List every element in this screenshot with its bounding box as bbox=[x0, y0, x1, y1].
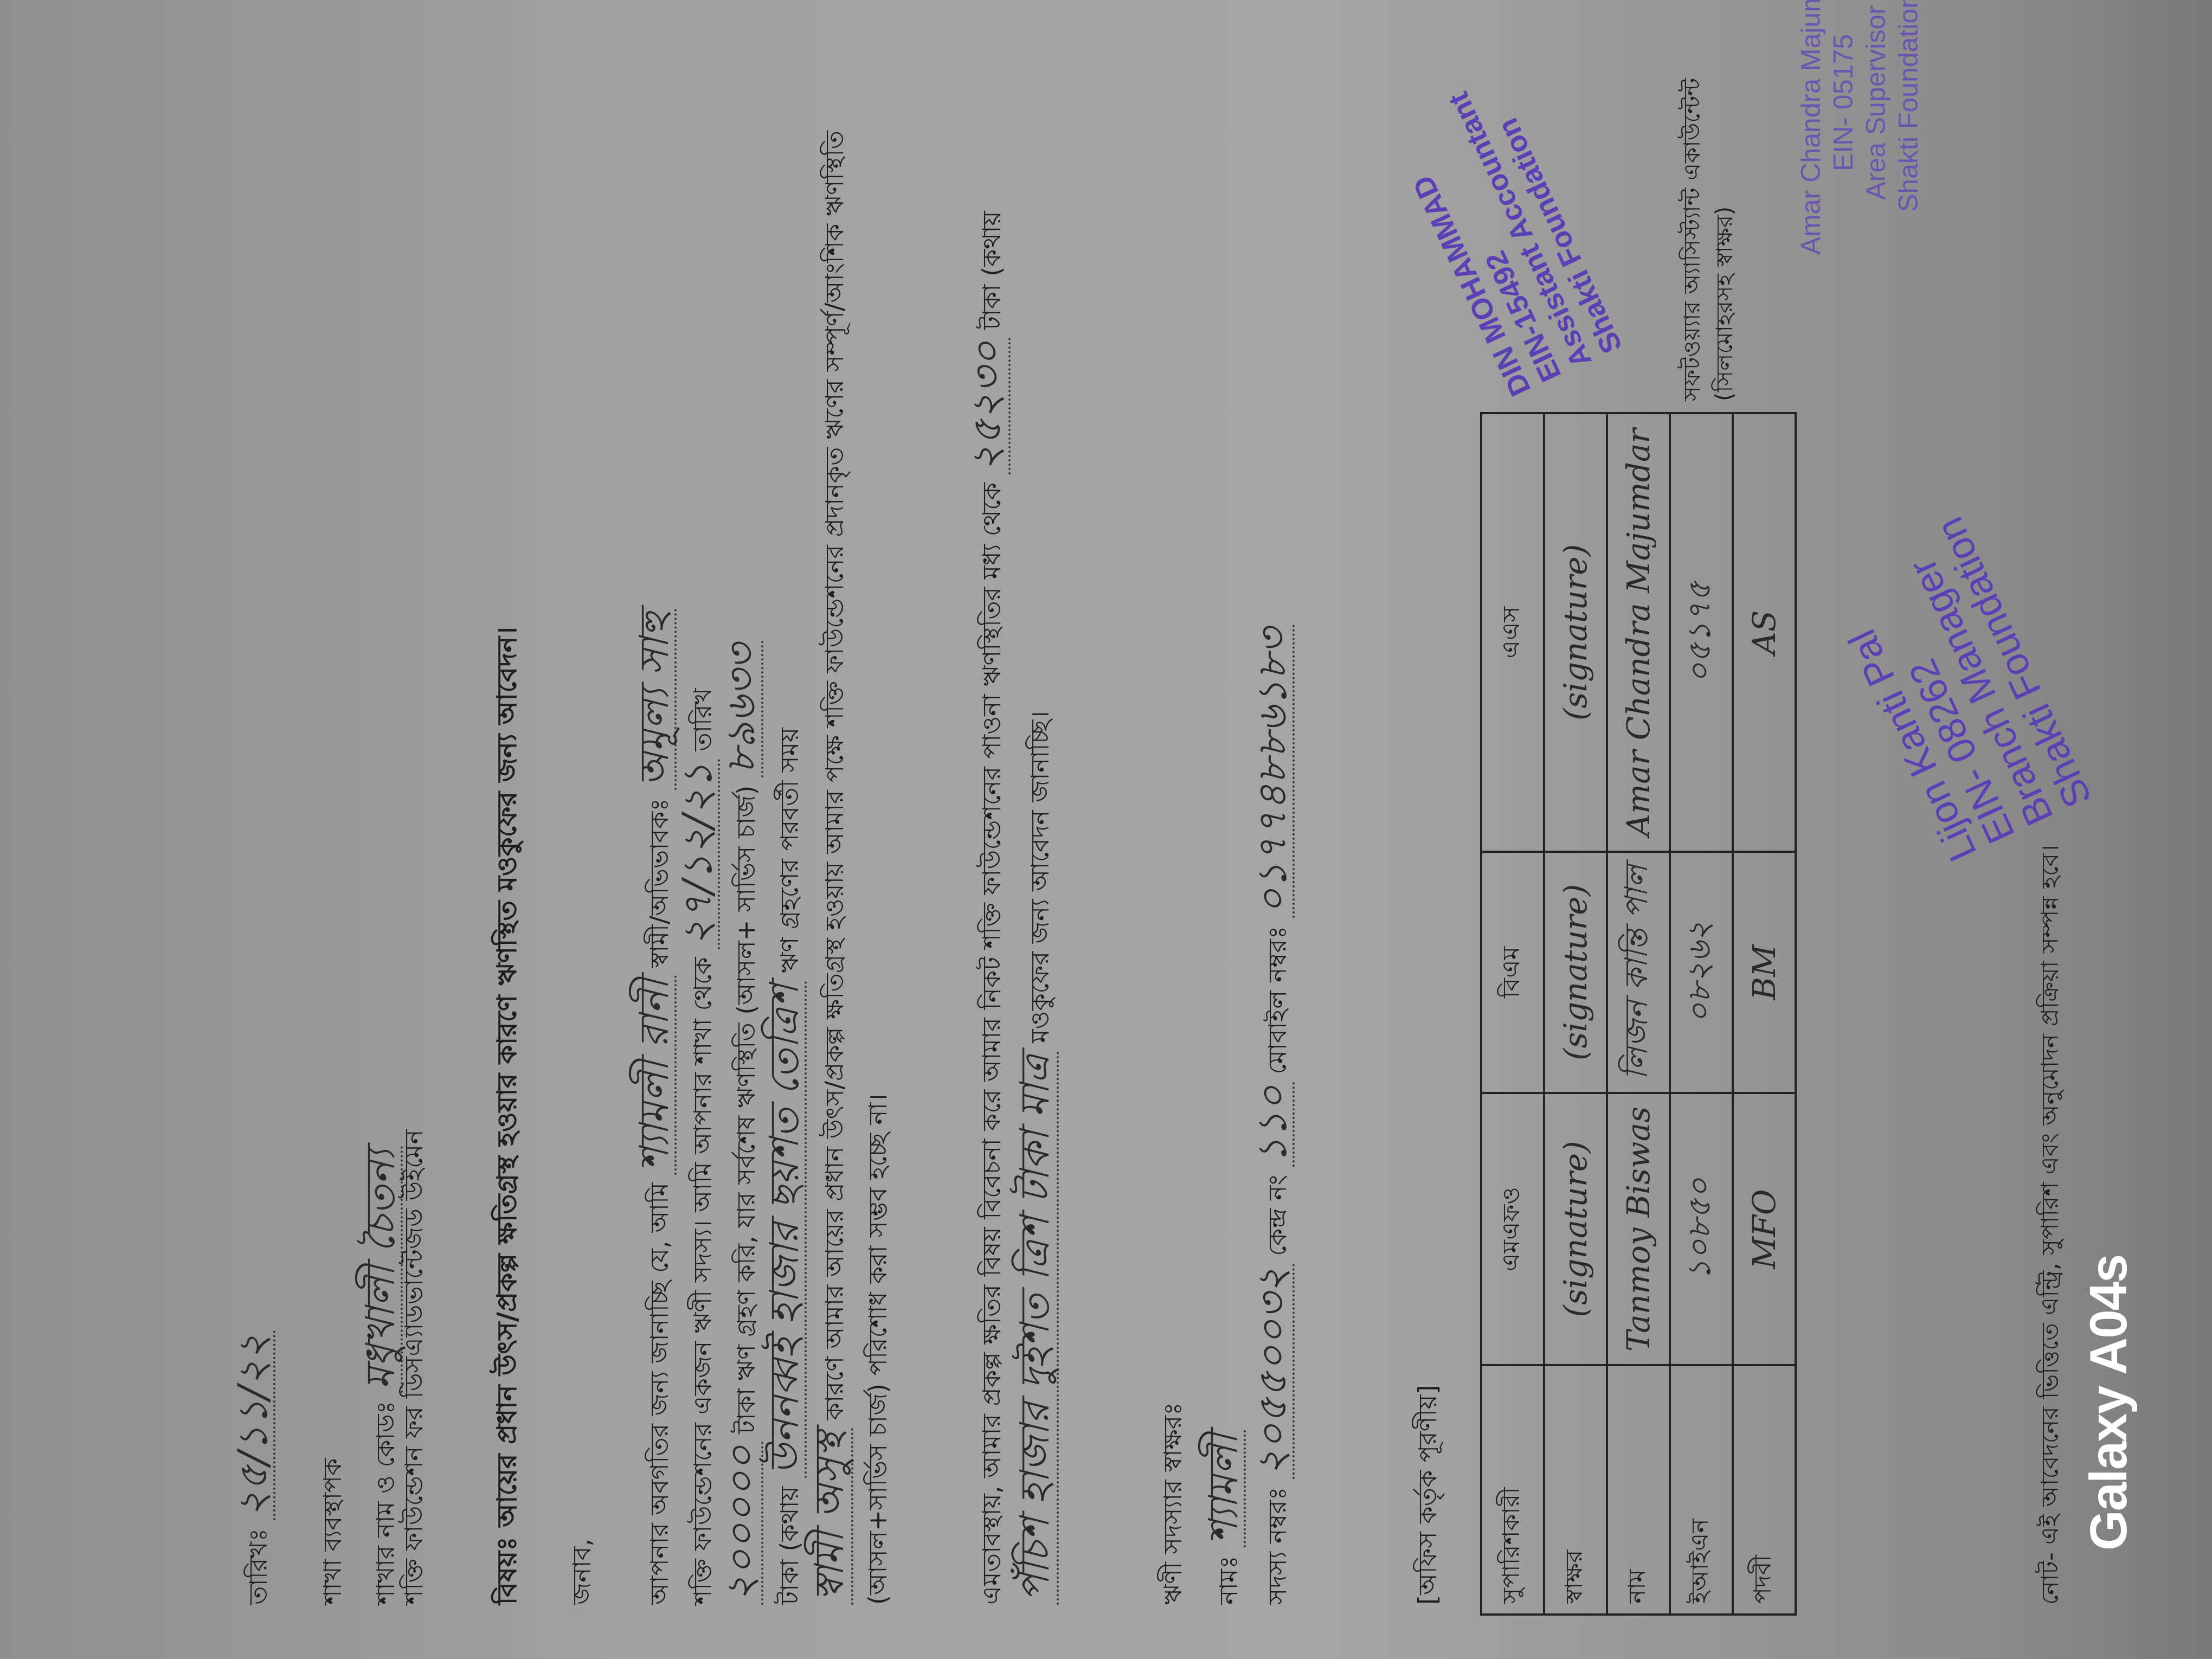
office-use-label: [অফিস কর্তৃক পূরণীয়] bbox=[1415, 1385, 1440, 1605]
date-value: ২৫/১১/২২ bbox=[233, 1330, 275, 1520]
camera-watermark: Galaxy A04s bbox=[2079, 1255, 2139, 1551]
center-label: কেন্দ্র নং bbox=[1263, 1175, 1292, 1256]
footer-note: নোট- এই আবেদনের ভিত্তিতে এন্ট্রি, সুপারি… bbox=[2039, 845, 2062, 1605]
mfo-ein: ১০৮৫০ bbox=[1670, 1093, 1733, 1365]
col-recommender: সুপারিশকারী bbox=[1481, 1365, 1544, 1615]
col-as: এএস bbox=[1481, 413, 1544, 852]
as-ein: ০৫১৭৫ bbox=[1670, 413, 1733, 852]
branch-code-value: মধুখালী চৈতন্য bbox=[361, 1146, 403, 1393]
member-name-row: নামঃ শ্যামলী bbox=[1204, 1430, 1246, 1605]
stamp-branch-manager: Lijon Kanti Pal EIN- 08262 Branch Manage… bbox=[1814, 511, 2100, 867]
table-row: স্বাক্ষর (signature) (signature) (signat… bbox=[1544, 413, 1607, 1615]
para2-text: এমতাবস্থায়, আমার প্রকল্প ক্ষতির বিষয় ব… bbox=[977, 483, 1006, 1605]
loan-date-handwritten: ২৭/১২/২১ bbox=[678, 759, 720, 949]
as-name: Amar Chandra Majumdar bbox=[1607, 413, 1670, 852]
waiver-amount-handwritten: ২৫২৩০ bbox=[965, 338, 1011, 474]
stamp-area-supervisor: Amar Chandra Majumdar EIN- 05175 Area Su… bbox=[1795, 0, 1925, 255]
table-header-row: সুপারিশকারী এমএফও বিএম এএস bbox=[1481, 413, 1544, 1615]
para1-text: টাকা ঋণ গ্রহণ করি, যার সর্বশেষ ঋণস্থিতি … bbox=[731, 786, 761, 1434]
para1-text: স্বামী/অভিভাবকঃ bbox=[645, 798, 674, 968]
mobile-label: মোবাইল নম্বরঃ bbox=[1263, 926, 1292, 1075]
paragraph-2: এমতাবস্থায়, আমার প্রকল্প ক্ষতির বিষয় ব… bbox=[965, 60, 1062, 1605]
mfo-designation: MFO bbox=[1733, 1093, 1796, 1365]
as-signature: (signature) bbox=[1544, 413, 1607, 852]
para2-text: টাকা (কথায় bbox=[977, 211, 1006, 330]
para1-line5: স্বামী অসুস্থ কারণে আমার আয়ের প্রধান উৎ… bbox=[808, 60, 899, 1605]
stamp-assistant-accountant: DIN MOHAMMAD EIN-15492 Assistant Account… bbox=[1380, 73, 1629, 401]
member-number-row: সদস্য নম্বরঃ ২০৫৫০০৩২ কেন্দ্র নং ১১০ মোব… bbox=[1252, 625, 1295, 1605]
addressee-line-1: শাখা ব্যবস্থাপক bbox=[320, 1458, 345, 1605]
approver-sub-label: (সিলমোহরসহ স্বাক্ষর) bbox=[1713, 207, 1736, 401]
waiver-words-handwritten: পঁচিশ হাজার দুইশত ত্রিশ টাকা মাত্র bbox=[1013, 1051, 1059, 1605]
mobile-value: ০১৭৭৪৮৮৬১৮৩ bbox=[1252, 625, 1295, 918]
row-label: ইআইএন bbox=[1670, 1365, 1733, 1615]
para1-text: কারণে আমার আয়ের প্রধান উৎস/প্রকল্প ক্ষত… bbox=[820, 131, 892, 1605]
addressee-line-3: শক্তি ফাউন্ডেশন ফর ডিসএ্যাডভান্টেজড উইমে… bbox=[401, 1129, 426, 1605]
bm-designation: BM bbox=[1733, 852, 1796, 1093]
signature-label: ঋণী সদস্যার স্বাক্ষরঃ bbox=[1158, 1402, 1187, 1605]
table-row: ইআইএন ১০৮৫০ ০৮২৬২ ০৫১৭৫ bbox=[1670, 413, 1733, 1615]
salutation: জনাব, bbox=[569, 1539, 594, 1605]
stamp-line: EIN- 05175 bbox=[1827, 0, 1860, 255]
para1-text: তারিখ bbox=[688, 688, 717, 751]
member-signature-row: ঋণী সদস্যার স্বাক্ষরঃ bbox=[1160, 1402, 1185, 1605]
stamp-line: Amar Chandra Majumdar bbox=[1795, 0, 1827, 255]
table-row: নাম Tanmoy Biswas লিজন কান্তি পাল Amar C… bbox=[1607, 413, 1670, 1615]
row-label: নাম bbox=[1607, 1365, 1670, 1615]
row-label: স্বাক্ষর bbox=[1544, 1365, 1607, 1615]
member-signature-handwritten: শ্যামলী bbox=[1204, 1430, 1246, 1547]
para1-text: ঋণ গ্রহণের পরবর্তী সময় bbox=[775, 728, 804, 973]
para1-line2: শক্তি ফাউন্ডেশনের একজন ঋণী সদস্য। আমি আপ… bbox=[678, 688, 720, 1605]
name-label: নামঃ bbox=[1214, 1555, 1243, 1605]
guardian-name-handwritten: অমূল্য সাহু bbox=[634, 609, 677, 790]
bm-signature: (signature) bbox=[1544, 852, 1607, 1093]
date-row: তারিখঃ ২৫/১১/২২ bbox=[233, 1330, 275, 1605]
mfo-name: Tanmoy Biswas bbox=[1607, 1093, 1670, 1365]
stamp-line: Area Supervisor bbox=[1860, 0, 1892, 255]
para1-line4: টাকা (কথায় উননব্বই হাজার ছয়শত তেত্রিশ … bbox=[764, 728, 807, 1605]
member-no-value: ২০৫৫০০৩২ bbox=[1252, 1264, 1295, 1479]
balance-handwritten: ৮৯৬৩৩ bbox=[721, 641, 763, 777]
para2-text: মওকুফের জন্য আবেদন জানাচ্ছি। bbox=[1025, 711, 1054, 1043]
stamp-line: Shakti Foundation bbox=[1892, 0, 1925, 255]
center-value: ১১০ bbox=[1252, 1082, 1295, 1167]
subject-line: বিষয়ঃ আয়ের প্রধান উৎস/প্রকল্প ক্ষতিগ্র… bbox=[493, 627, 520, 1605]
para1-line3: ২০০০০০ টাকা ঋণ গ্রহণ করি, যার সর্বশেষ ঋণ… bbox=[721, 641, 763, 1605]
addressee-line-2: শাখার নাম ও কোডঃ মধুখালী চৈতন্য bbox=[361, 1146, 403, 1605]
row-label: পদবী bbox=[1733, 1365, 1796, 1615]
col-mfo: এমএফও bbox=[1481, 1093, 1544, 1365]
balance-words-handwritten: উননব্বই হাজার ছয়শত তেত্রিশ bbox=[764, 981, 807, 1478]
approver-label: সফটওয়্যার অ্যাসিস্ট্যান্ট একাউন্টেন্ট bbox=[1681, 78, 1703, 401]
para1-text: টাকা (কথায় bbox=[775, 1486, 804, 1605]
loan-amount-handwritten: ২০০০০০ bbox=[721, 1442, 763, 1605]
bm-ein: ০৮২৬২ bbox=[1670, 852, 1733, 1093]
table-row: পদবী MFO BM AS bbox=[1733, 413, 1796, 1615]
para1-text: শক্তি ফাউন্ডেশনের একজন ঋণী সদস্য। আমি আপ… bbox=[688, 957, 717, 1605]
date-label: তারিখঃ bbox=[243, 1528, 273, 1605]
branch-code-label: শাখার নাম ও কোডঃ bbox=[371, 1401, 400, 1605]
bm-name: লিজন কান্তি পাল bbox=[1607, 852, 1670, 1093]
recommendation-table: সুপারিশকারী এমএফও বিএম এএস স্বাক্ষর (sig… bbox=[1480, 412, 1797, 1616]
as-designation: AS bbox=[1733, 413, 1796, 852]
reason-handwritten: স্বামী অসুস্থ bbox=[808, 1428, 853, 1605]
para1-line1: আপনার অবগতির জন্য জানাচ্ছি যে, আমি শ্যাম… bbox=[634, 609, 677, 1605]
application-form-page: তারিখঃ ২৫/১১/২২ শাখা ব্যবস্থাপক শাখার না… bbox=[76, 54, 2136, 1626]
mfo-signature: (signature) bbox=[1544, 1093, 1607, 1365]
col-bm: বিএম bbox=[1481, 852, 1544, 1093]
member-name-handwritten: শ্যামলী রানী bbox=[634, 975, 677, 1174]
para1-text: আপনার অবগতির জন্য জানাচ্ছি যে, আমি bbox=[645, 1182, 674, 1605]
member-no-label: সদস্য নম্বরঃ bbox=[1263, 1487, 1292, 1605]
